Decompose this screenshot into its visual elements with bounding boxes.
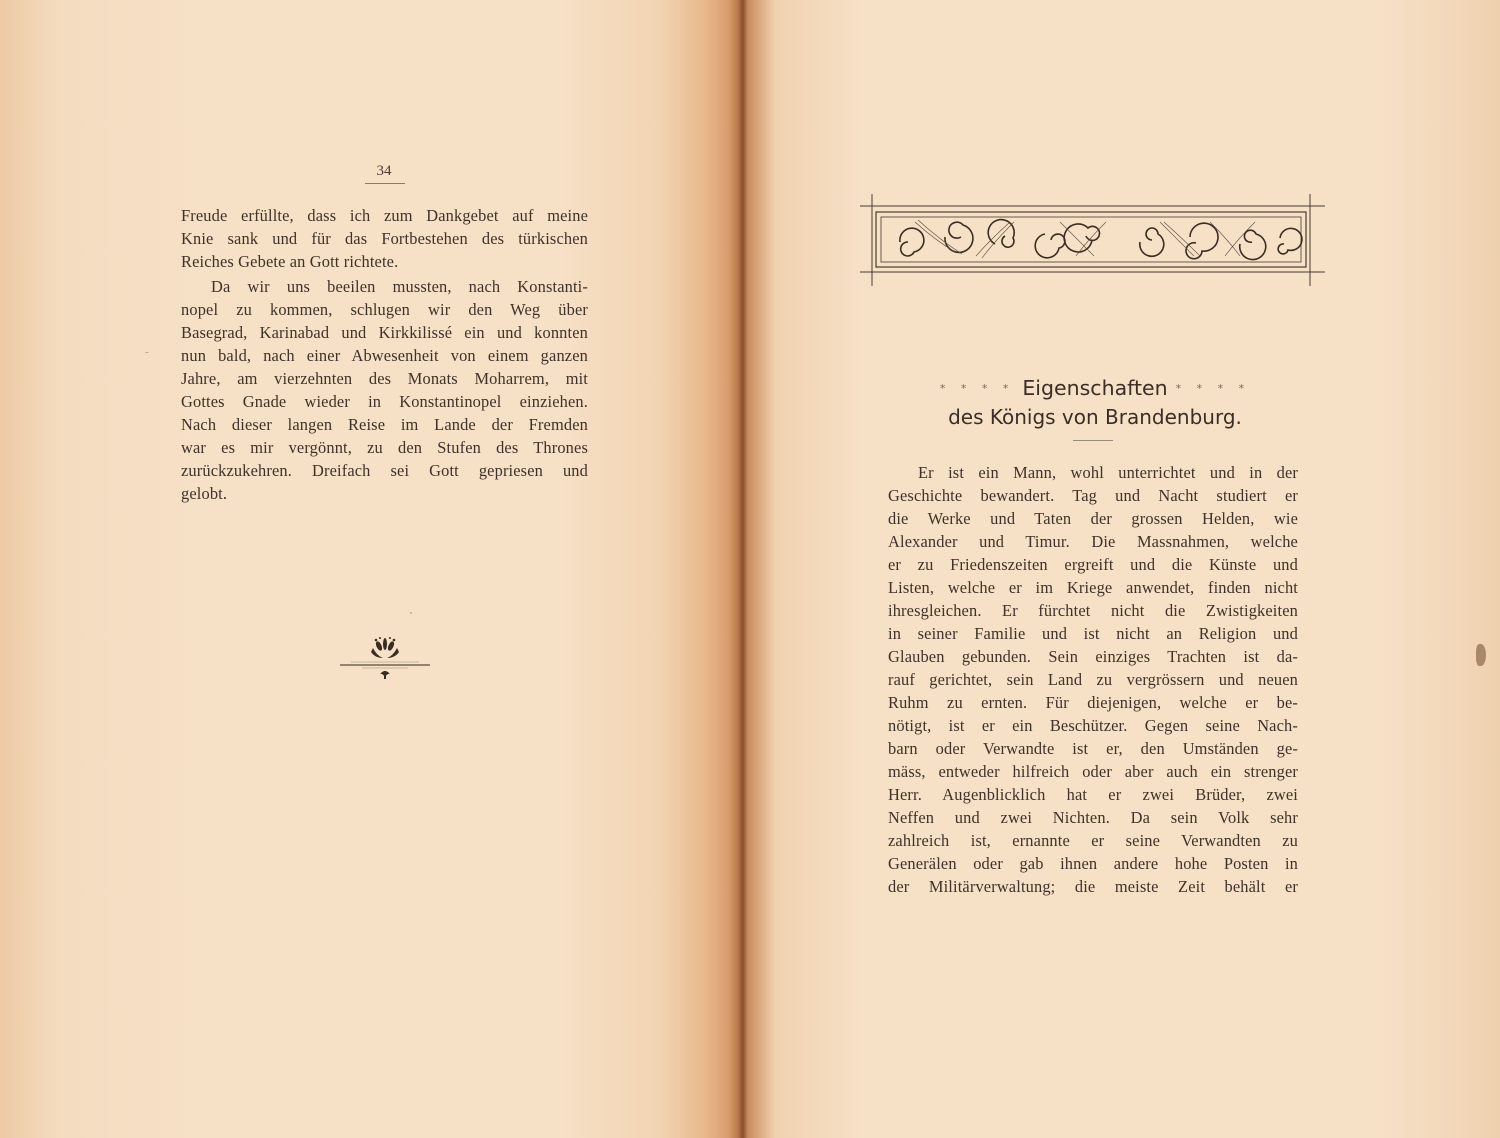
heading-rule	[1073, 440, 1113, 441]
text-line: nun bald, nach einer Abwesenheit von ein…	[181, 344, 588, 367]
page-number: 34	[362, 163, 406, 180]
text-line: barn oder Verwandte ist er, den Umstände…	[888, 737, 1298, 760]
text-line: Herr. Augenblicklich hat er zwei Brüder,…	[888, 783, 1298, 806]
text-line: rauf gerichtet, sein Land zu vergrössern…	[888, 668, 1298, 691]
text-line: Freude erfüllte, dass ich zum Dankgebet …	[181, 204, 588, 227]
left-page-body: Freude erfüllte, dass ich zum Dankgebet …	[181, 204, 588, 505]
chapter-heading: * * * *Eigenschaften* * * * des Königs v…	[900, 374, 1290, 431]
text-line: zurückzukehren. Dreifach sei Gott geprie…	[181, 459, 588, 482]
text-line: nötigt, ist er ein Beschützer. Gegen sei…	[888, 714, 1298, 737]
heading-line-2: des Königs von Brandenburg.	[900, 403, 1290, 431]
text-line: nopel zu kommen, schlugen wir den Weg üb…	[181, 298, 588, 321]
text-line: Glauben gebunden. Sein einziges Trachten…	[888, 645, 1298, 668]
paper-stain	[1476, 644, 1486, 666]
star-ornament-left: * * * *	[940, 382, 1015, 395]
text-line: zahlreich ist, ernannte er seine Verwand…	[888, 829, 1298, 852]
text-line: Gottes Gnade wieder in Konstantinopel ei…	[181, 390, 588, 413]
right-page-body: Er ist ein Mann, wohl unterrichtet und i…	[888, 461, 1298, 898]
text-line: Nach dieser langen Reise im Lande der Fr…	[181, 413, 588, 436]
text-line: Er ist ein Mann, wohl unterrichtet und i…	[888, 461, 1298, 484]
star-ornament-right: * * * *	[1176, 382, 1251, 395]
text-line: in seiner Familie und ist nicht an Relig…	[888, 622, 1298, 645]
text-line: Listen, welche er im Kriege anwendet, fi…	[888, 576, 1298, 599]
text-line: Neffen und zwei Nichten. Da sein Volk se…	[888, 806, 1298, 829]
text-line: Knie sank und für das Fortbestehen des t…	[181, 227, 588, 250]
text-line: der Militärverwaltung; die meiste Zeit b…	[888, 875, 1298, 898]
text-line: Alexander und Timur. Die Massnahmen, wel…	[888, 530, 1298, 553]
text-line: ihresgleichen. Er fürchtet nicht die Zwi…	[888, 599, 1298, 622]
text-line: gelobt.	[181, 482, 588, 505]
text-line: Jahre, am vierzehnten des Monats Moharre…	[181, 367, 588, 390]
text-line: Basegrad, Karinabad und Kirkkilissé ein …	[181, 321, 588, 344]
text-line: die Werke und Taten der grossen Helden, …	[888, 507, 1298, 530]
text-line: Generälen oder gab ihnen andere hohe Pos…	[888, 852, 1298, 875]
text-line: Da wir uns beeilen mussten, nach Konstan…	[181, 275, 588, 298]
left-page: 34 Freude erfüllte, dass ich zum Dankgeb…	[0, 0, 742, 1138]
book-spread: 34 Freude erfüllte, dass ich zum Dankgeb…	[0, 0, 1500, 1138]
heading-line-1: * * * *Eigenschaften* * * *	[900, 374, 1290, 403]
text-line: Reiches Gebete an Gott richtete.	[181, 250, 588, 273]
text-line: mäss, entweder hilfreich oder aber auch …	[888, 760, 1298, 783]
text-line: war es mir vergönnt, zu den Stufen des T…	[181, 436, 588, 459]
text-line: Ruhm zu ernten. Für diejenigen, welche e…	[888, 691, 1298, 714]
heading-title: Eigenschaften	[1014, 376, 1175, 400]
text-line: Geschichte bewandert. Tag und Nacht stud…	[888, 484, 1298, 507]
page-number-rule	[365, 183, 405, 184]
text-line: er zu Friedenszeiten ergreift und die Kü…	[888, 553, 1298, 576]
scrollwork-band-icon	[860, 192, 1325, 288]
floral-vignette-icon	[338, 634, 432, 682]
